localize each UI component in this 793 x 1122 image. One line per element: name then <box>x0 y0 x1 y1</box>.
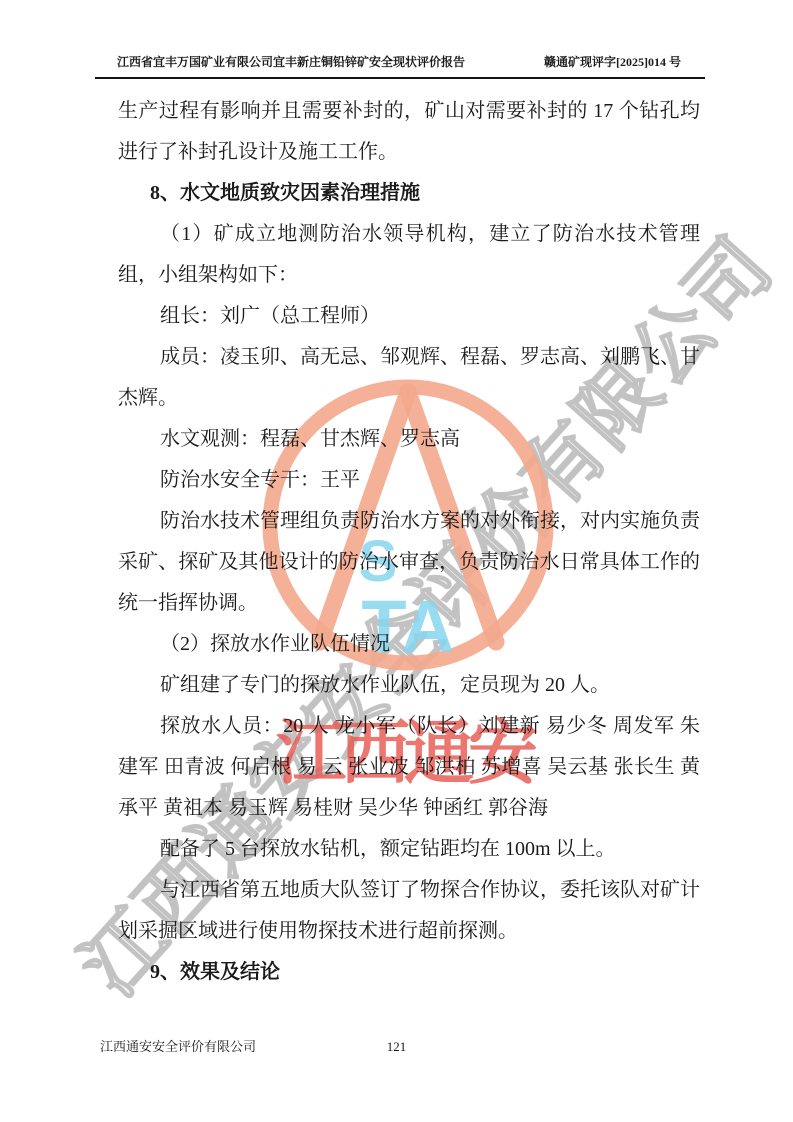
paragraph-team-roster: 探放水人员：20 人 龙小军（队长）刘建新 易少冬 周发军 朱建军 田青波 何启… <box>118 706 700 829</box>
page-header: 江西省宜丰万国矿业有限公司宜丰新庄铜铅锌矿安全现状评价报告 赣通矿现评字[202… <box>95 54 705 79</box>
paragraph-members: 成员：凌玉卯、高无忌、邹观辉、程磊、罗志高、刘鹏飞、甘杰辉。 <box>118 337 700 419</box>
document-body: 生产过程有影响并且需要补封的，矿山对需要补封的 17 个钻孔均进行了补封孔设计及… <box>118 91 700 993</box>
document-page: 江西通安安全评价有限公司 S TA 江西通安 江西省宜丰万国矿业有限公司宜丰新庄… <box>0 0 793 1122</box>
paragraph-group-leader: 组长：刘广（总工程师） <box>118 296 700 337</box>
paragraph-hydro-observers: 水文观测：程磊、甘杰辉、罗志高 <box>118 419 700 460</box>
footer-page-number: 121 <box>0 1038 793 1056</box>
header-doc-number: 赣通矿现评字[2025]014 号 <box>544 54 705 70</box>
paragraph-safety-officer: 防治水安全专干：王平 <box>118 460 700 501</box>
paragraph: （1）矿成立地测防治水领导机构，建立了防治水技术管理组，小组架构如下： <box>118 214 700 296</box>
section-heading-8: 8、水文地质致灾因素治理措施 <box>118 173 700 214</box>
paragraph-subsection-2: （2）探放水作业队伍情况 <box>118 624 700 665</box>
paragraph-drill-rigs: 配备了 5 台探放水钻机，额定钻距均在 100m 以上。 <box>118 829 700 870</box>
paragraph-team: 矿组建了专门的探放水作业队伍，定员现为 20 人。 <box>118 665 700 706</box>
paragraph-duties: 防治水技术管理组负责防治水方案的对外衔接，对内实施负责采矿、探矿及其他设计的防治… <box>118 501 700 624</box>
header-report-title: 江西省宜丰万国矿业有限公司宜丰新庄铜铅锌矿安全现状评价报告 <box>95 54 465 70</box>
section-heading-9: 9、效果及结论 <box>118 952 700 993</box>
paragraph-continuation: 生产过程有影响并且需要补封的，矿山对需要补封的 17 个钻孔均进行了补封孔设计及… <box>118 91 700 173</box>
paragraph-geophysics-agreement: 与江西省第五地质大队签订了物探合作协议，委托该队对矿计划采掘区域进行使用物探技术… <box>118 870 700 952</box>
page-footer: 江西通安安全评价有限公司 121 <box>0 1038 793 1062</box>
